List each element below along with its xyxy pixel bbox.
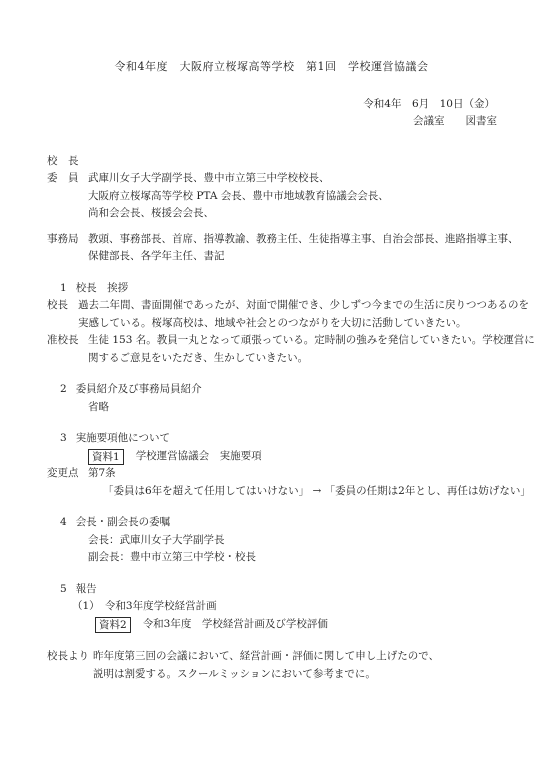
secretariat-line: 保健部長、各学年主任、書記: [88, 248, 543, 266]
members-row: 委 員 武庫川女子大学副学長、豊中市立第三中学校校長、 大阪府立桜塚高等学校 P…: [0, 170, 543, 223]
section-4-title: 会長・副会長の委嘱: [76, 516, 171, 528]
section-5-heading: 5報告: [0, 581, 543, 599]
principal-speech-row: 校長 過去二年間、書面開催であったが、対面で開催でき、少しずつ今までの生活に戻り…: [0, 297, 543, 332]
section-2-heading: 2委員紹介及び事務局員紹介: [0, 381, 543, 399]
closing-line: 説明は割愛する。スクールミッションにおいて参考までに。: [93, 666, 543, 684]
section-3: 3実施要項他について 資料1 学校運営協議会 実施要項 変更点 第7条 「委員は…: [0, 430, 543, 500]
section-5: 5報告 （1） 令和3年度学校経営計画 資料2 令和3年度 学校経営計画及び学校…: [0, 581, 543, 634]
closing-line: 昨年度第三回の会議において、経営計画・評価に関して申し上げたので、: [93, 648, 543, 666]
closing-speaker-label: 校長より: [47, 648, 93, 683]
section-3-heading: 3実施要項他について: [0, 430, 543, 448]
vice-chair-line: 副会長：豊中市立第三中学校・校長: [0, 549, 543, 567]
chair-line: 会長：武庫川女子大学副学長: [0, 532, 543, 550]
vice-principal-speech-line: 生徒 153 名。教員一丸となって頑張っている。定時制の強みを発信していきたい。…: [88, 332, 543, 350]
change-point-row: 変更点 第7条: [0, 465, 543, 483]
reference-2-box: 資料2: [95, 617, 131, 633]
closing-block: 校長より 昨年度第三回の会議において、経営計画・評価に関して申し上げたので、 説…: [0, 648, 543, 683]
section-2-number: 2: [60, 381, 67, 399]
section-4: 4会長・副会長の委嘱 会長：武庫川女子大学副学長 副会長：豊中市立第三中学校・校…: [0, 514, 543, 567]
change-point-label: 変更点: [47, 465, 88, 483]
section-3-title: 実施要項他について: [76, 432, 170, 444]
section-1-title: 校長 挨拶: [76, 282, 129, 294]
vice-principal-speech-line: 関するご意見をいただき、生かしていきたい。: [88, 350, 543, 368]
report-subitem: （1） 令和3年度学校経営計画: [0, 598, 543, 616]
document-page: 令和4年度 大阪府立桜塚高等学校 第1回 学校運営協議会 令和4年 6月 10日…: [0, 0, 543, 768]
vice-principal-speaker-label: 准校長: [47, 332, 88, 367]
section-2-body: 省略: [0, 399, 543, 417]
section-5-title: 報告: [76, 583, 97, 595]
section-5-number: 5: [60, 581, 67, 599]
reference-1-text: 学校運営協議会 実施要項: [136, 448, 262, 466]
section-1: 1校長 挨拶 校長 過去二年間、書面開催であったが、対面で開催でき、少しずつ今ま…: [0, 280, 543, 368]
change-point-article: 第7条: [88, 465, 116, 483]
section-4-heading: 4会長・副会長の委嘱: [0, 514, 543, 532]
meeting-date: 令和4年 6月 10日（金）: [0, 96, 543, 114]
reference-1-line: 資料1 学校運営協議会 実施要項: [0, 448, 543, 466]
principal-row: 校 長: [0, 153, 543, 171]
meeting-venue: 会議室 図書室: [0, 113, 543, 131]
meeting-title: 令和4年度 大阪府立桜塚高等学校 第1回 学校運営協議会: [0, 58, 543, 76]
members-line: 尚和会会長、桜援会会長、: [88, 205, 543, 223]
vice-principal-speech-row: 准校長 生徒 153 名。教員一丸となって頑張っている。定時制の強みを発信してい…: [0, 332, 543, 367]
principal-speech-line: 過去二年間、書面開催であったが、対面で開催でき、少しずつ今までの生活に戻りつつあ…: [78, 297, 543, 315]
attendees-block: 校 長 委 員 武庫川女子大学副学長、豊中市立第三中学校校長、 大阪府立桜塚高等…: [0, 153, 543, 266]
reference-2-text: 令和3年度 学校経営計画及び学校評価: [143, 616, 328, 634]
principal-label: 校 長: [47, 153, 88, 171]
section-2: 2委員紹介及び事務局員紹介 省略: [0, 381, 543, 416]
closing-row: 校長より 昨年度第三回の会議において、経営計画・評価に関して申し上げたので、 説…: [0, 648, 543, 683]
principal-speech-line: 実感している。桜塚高校は、地域や社会とのつながりを大切に活動していきたい。: [78, 315, 543, 333]
change-point-quote: 「委員は6年を超えて任用してはいけない」 → 「委員の任期は2年とし、再任は妨げ…: [0, 483, 543, 501]
members-line: 武庫川女子大学副学長、豊中市立第三中学校校長、: [88, 170, 543, 188]
members-label: 委 員: [47, 170, 88, 223]
reference-2-line: 資料2 令和3年度 学校経営計画及び学校評価: [0, 616, 543, 634]
section-4-number: 4: [60, 514, 67, 532]
principal-speaker-label: 校長: [47, 297, 78, 332]
secretariat-row: 事務局 教頭、事務部長、首席、指導教諭、教務主任、生徒指導主事、自治会部長、進路…: [0, 231, 543, 266]
secretariat-label: 事務局: [47, 231, 88, 266]
section-1-number: 1: [60, 280, 67, 298]
secretariat-line: 教頭、事務部長、首席、指導教諭、教務主任、生徒指導主事、自治会部長、進路指導主事…: [88, 231, 543, 249]
members-line: 大阪府立桜塚高等学校 PTA 会長、豊中市地域教育協議会会長、: [88, 188, 543, 206]
reference-1-box: 資料1: [88, 449, 124, 465]
section-2-title: 委員紹介及び事務局員紹介: [76, 383, 202, 395]
section-3-number: 3: [60, 430, 67, 448]
section-1-heading: 1校長 挨拶: [0, 280, 543, 298]
